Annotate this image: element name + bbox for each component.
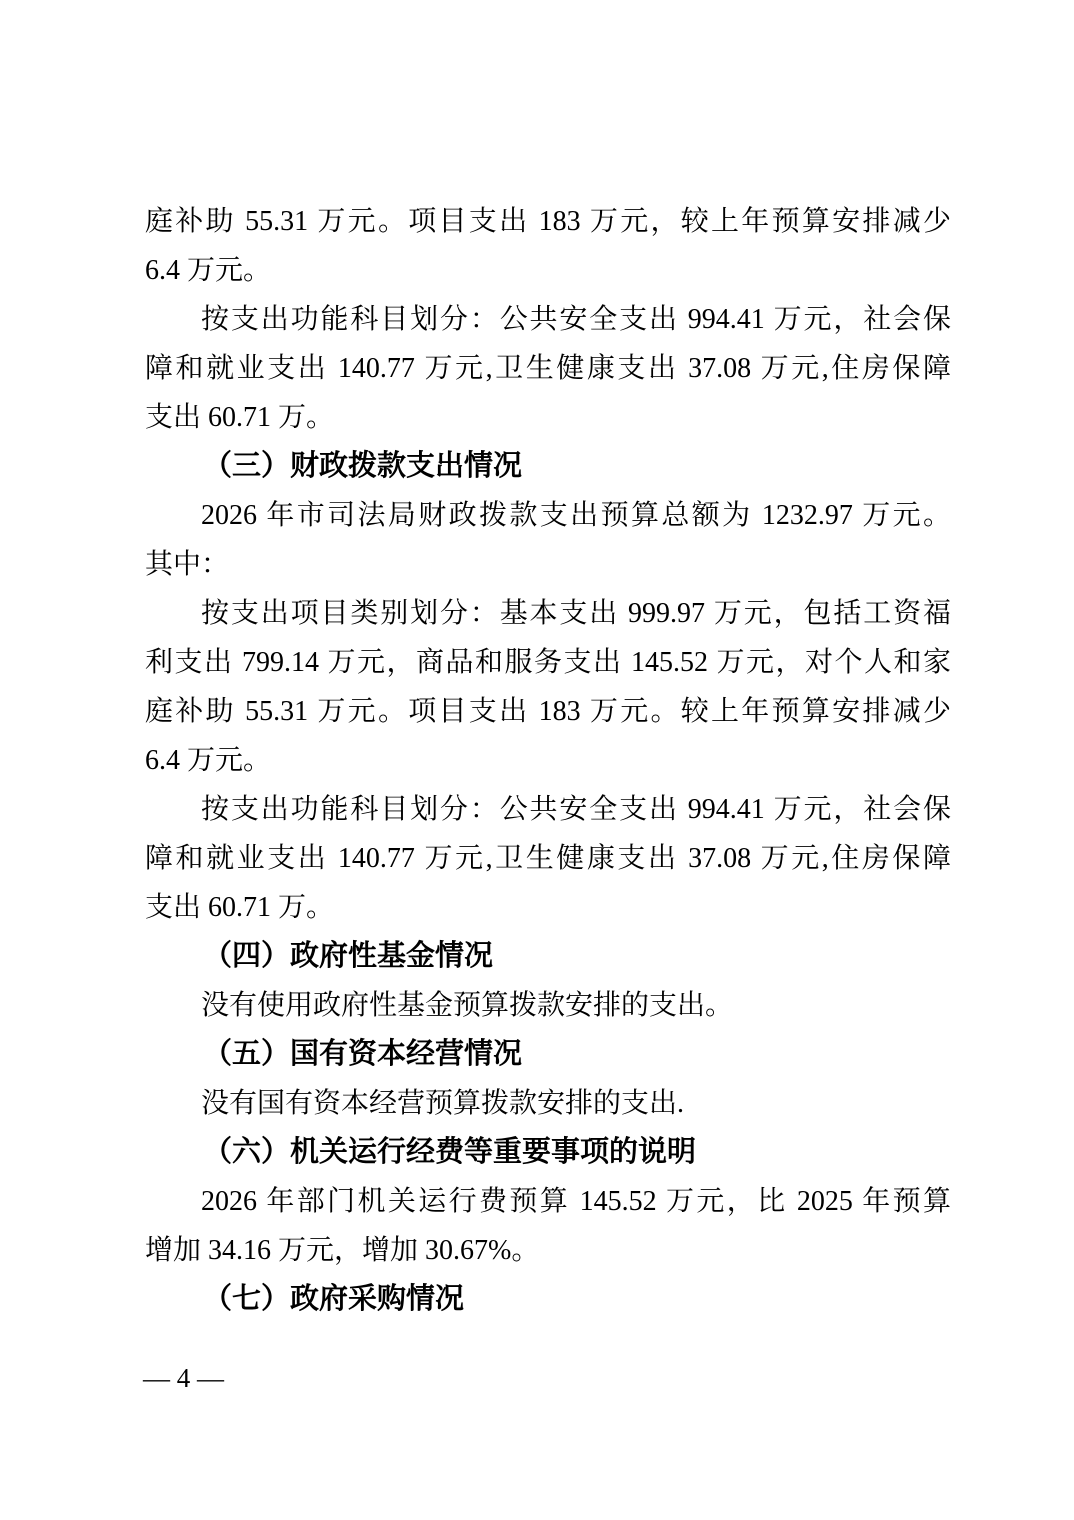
text-line: 按支出功能科目划分：公共安全支出 994.41 万元，社会保: [145, 785, 951, 834]
text-line: 支出 60.71 万。: [145, 883, 951, 932]
document-page: 庭补助 55.31 万元。项目支出 183 万元，较上年预算安排减少 6.4 万…: [0, 0, 1074, 1520]
text-line: 按支出项目类别划分：基本支出 999.97 万元，包括工资福: [145, 589, 951, 638]
text-line: 没有使用政府性基金预算拨款安排的支出。: [145, 981, 951, 1030]
section-heading-5: （五）国有资本经营情况: [145, 1030, 951, 1079]
text-line: 6.4 万元。: [145, 246, 951, 295]
text-line: 利支出 799.14 万元，商品和服务支出 145.52 万元，对个人和家: [145, 638, 951, 687]
section-heading: （五）国有资本经营情况: [145, 1030, 951, 1079]
section-heading: （七）政府采购情况: [145, 1275, 951, 1324]
section-heading: （三）财政拨款支出情况: [145, 442, 951, 491]
text-line: 支出 60.71 万。: [145, 393, 951, 442]
text-line: 6.4 万元。: [145, 736, 951, 785]
section-heading: （六）机关运行经费等重要事项的说明: [145, 1128, 951, 1177]
text-line: 庭补助 55.31 万元。项目支出 183 万元，较上年预算安排减少: [145, 197, 951, 246]
text-line: 2026 年市司法局财政拨款支出预算总额为 1232.97 万元。: [145, 491, 951, 540]
section-heading: （四）政府性基金情况: [145, 932, 951, 981]
paragraph: 没有使用政府性基金预算拨款安排的支出。: [145, 981, 951, 1030]
text-line: 按支出功能科目划分：公共安全支出 994.41 万元，社会保: [145, 295, 951, 344]
text-line: 其中：: [145, 540, 951, 589]
paragraph: 按支出功能科目划分：公共安全支出 994.41 万元，社会保 障和就业支出 14…: [145, 295, 951, 442]
paragraph: 2026 年部门机关运行费预算 145.52 万元，比 2025 年预算 增加 …: [145, 1177, 951, 1275]
section-heading-6: （六）机关运行经费等重要事项的说明: [145, 1128, 951, 1177]
paragraph: 2026 年市司法局财政拨款支出预算总额为 1232.97 万元。 其中：: [145, 491, 951, 589]
text-line: 没有国有资本经营预算拨款安排的支出.: [145, 1079, 951, 1128]
text-line: 庭补助 55.31 万元。项目支出 183 万元。较上年预算安排减少: [145, 687, 951, 736]
section-heading-4: （四）政府性基金情况: [145, 932, 951, 981]
section-heading-7: （七）政府采购情况: [145, 1275, 951, 1324]
paragraph: 没有国有资本经营预算拨款安排的支出.: [145, 1079, 951, 1128]
text-line: 2026 年部门机关运行费预算 145.52 万元，比 2025 年预算: [145, 1177, 951, 1226]
section-heading-3: （三）财政拨款支出情况: [145, 442, 951, 491]
paragraph: 按支出功能科目划分：公共安全支出 994.41 万元，社会保 障和就业支出 14…: [145, 785, 951, 932]
paragraph: 庭补助 55.31 万元。项目支出 183 万元，较上年预算安排减少 6.4 万…: [145, 197, 951, 295]
paragraph: 按支出项目类别划分：基本支出 999.97 万元，包括工资福 利支出 799.1…: [145, 589, 951, 785]
text-line: 障和就业支出 140.77 万元,卫生健康支出 37.08 万元,住房保障: [145, 834, 951, 883]
page-number: — 4 —: [143, 1362, 224, 1394]
text-line: 障和就业支出 140.77 万元,卫生健康支出 37.08 万元,住房保障: [145, 344, 951, 393]
document-body: 庭补助 55.31 万元。项目支出 183 万元，较上年预算安排减少 6.4 万…: [145, 197, 951, 1324]
text-line: 增加 34.16 万元，增加 30.67%。: [145, 1226, 951, 1275]
